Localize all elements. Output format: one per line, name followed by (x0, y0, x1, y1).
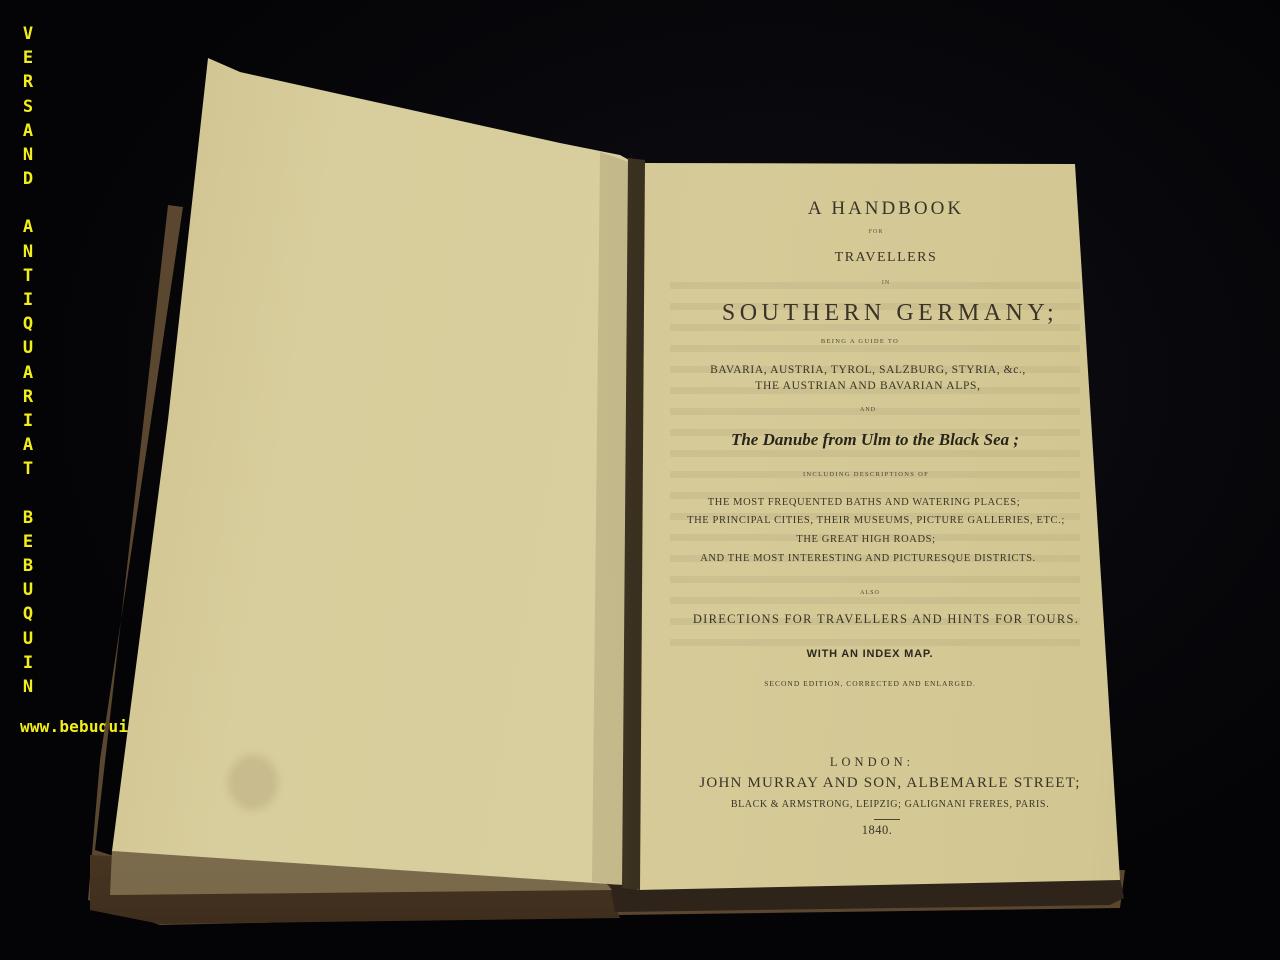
title-small-caption: BEING A GUIDE TO (630, 338, 1090, 345)
title-description-line: THE MOST FREQUENTED BATHS AND WATERING P… (634, 497, 1094, 508)
watermark-letter: U (18, 578, 38, 602)
watermark-letter: I (18, 288, 38, 312)
title-description-line: THE PRINCIPAL CITIES, THEIR MUSEUMS, PIC… (646, 515, 1106, 526)
watermark-letter: A (18, 119, 38, 143)
imprint-publisher: JOHN MURRAY AND SON, ALBEMARLE STREET; (660, 775, 1120, 792)
watermark-letter: N (18, 675, 38, 699)
watermark-letter: V (18, 22, 38, 46)
watermark-letter: Q (18, 602, 38, 626)
title-small-caption: INCLUDING DESCRIPTIONS OF (636, 471, 1096, 478)
watermark-letter: U (18, 627, 38, 651)
watermark-gap (18, 482, 38, 506)
title-alps: THE AUSTRIAN AND BAVARIAN ALPS, (638, 380, 1098, 392)
watermark-letter: I (18, 409, 38, 433)
watermark-letter: T (18, 264, 38, 288)
title-small-word: FOR (646, 229, 1106, 235)
watermark-letter: Q (18, 312, 38, 336)
vertical-watermark: V E R S A N D A N T I Q U A R I A T B E … (18, 22, 38, 699)
watermark-letter: B (18, 506, 38, 530)
imprint-city: LONDON: (642, 755, 1102, 770)
watermark-letter: N (18, 240, 38, 264)
foxing-spot (228, 755, 278, 810)
watermark-letter: U (18, 336, 38, 360)
watermark-letter: T (18, 457, 38, 481)
watermark-letter: A (18, 433, 38, 457)
title-index-map: WITH AN INDEX MAP. (640, 648, 1100, 660)
title-description-line: AND THE MOST INTERESTING AND PICTURESQUE… (638, 553, 1098, 564)
watermark-gap (18, 191, 38, 215)
watermark-letter: E (18, 46, 38, 70)
title-small-word: ALSO (640, 590, 1100, 596)
watermark-letter: D (18, 167, 38, 191)
title-main: SOUTHERN GERMANY; (660, 300, 1120, 327)
watermark-letter: I (18, 651, 38, 675)
watermark-letter: E (18, 530, 38, 554)
imprint-rule (874, 819, 900, 820)
watermark-letter: A (18, 361, 38, 385)
imprint-agents: BLACK & ARMSTRONG, LEIPZIG; GALIGNANI FR… (660, 799, 1120, 810)
title-subheading: TRAVELLERS (656, 250, 1116, 266)
title-small-word: IN (656, 280, 1116, 286)
watermark-letter: B (18, 554, 38, 578)
watermark-letter: A (18, 215, 38, 239)
title-page-text: A HANDBOOK FOR TRAVELLERS IN SOUTHERN GE… (650, 190, 1110, 860)
title-blackletter-line: The Danube from Ulm to the Black Sea ; (645, 430, 1105, 450)
title-heading: A HANDBOOK (656, 198, 1116, 220)
title-edition: SECOND EDITION, CORRECTED AND ENLARGED. (640, 679, 1100, 688)
title-regions: BAVARIA, AUSTRIA, TYROL, SALZBURG, STYRI… (638, 364, 1098, 376)
imprint-year: 1840. (647, 823, 1107, 838)
title-description-line: THE GREAT HIGH ROADS; (636, 534, 1096, 545)
watermark-letter: S (18, 95, 38, 119)
watermark-letter: N (18, 143, 38, 167)
watermark-letter: R (18, 385, 38, 409)
title-small-word: AND (638, 407, 1098, 413)
watermark-letter: R (18, 70, 38, 94)
title-directions: DIRECTIONS FOR TRAVELLERS AND HINTS FOR … (656, 612, 1116, 627)
